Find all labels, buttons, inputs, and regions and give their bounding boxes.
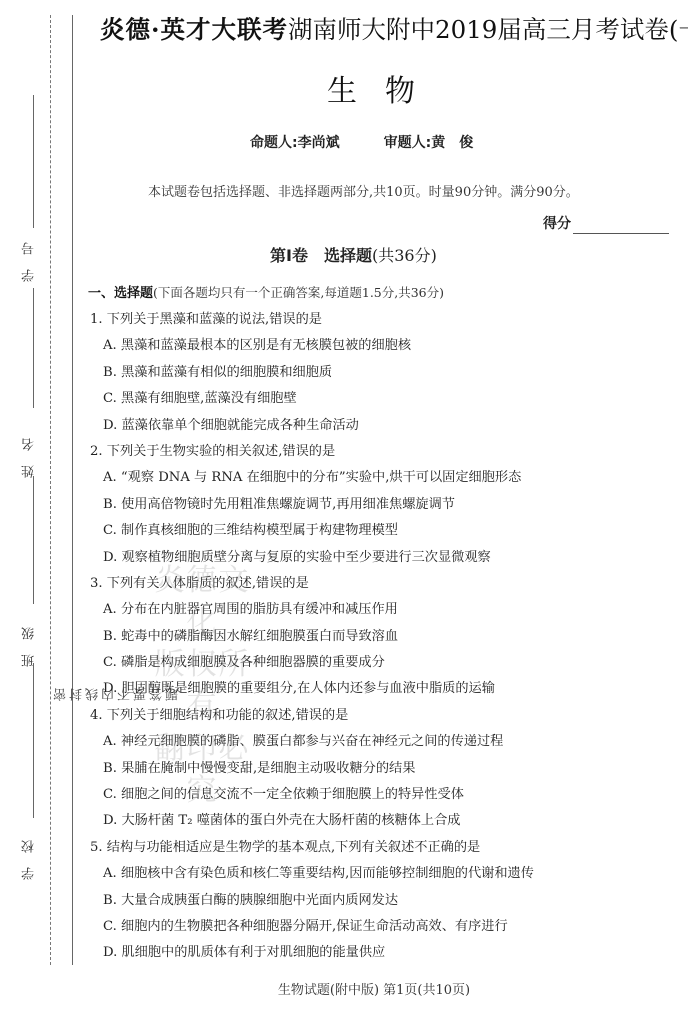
question-1: 1. 下列关于黑藻和蓝藻的说法,错误的是 A. 黑藻和蓝藻最根本的区别是有无核膜… xyxy=(88,307,678,439)
question-stem: 1. 下列关于黑藻和蓝藻的说法,错误的是 xyxy=(88,307,678,333)
question-stem: 5. 结构与功能相适应是生物学的基本观点,下列有关叙述不正确的是 xyxy=(88,835,678,861)
option-d: D. 胆固醇既是细胞膜的重要组分,在人体内还参与血液中脂质的运输 xyxy=(88,676,678,702)
option-d: D. 肌细胞中的肌质体有利于对肌细胞的能量供应 xyxy=(88,940,678,966)
name-field-line xyxy=(33,476,34,604)
part-heading: 一、选择题(下面各题均只有一个正确答案,每道题1.5分,共36分) xyxy=(88,283,678,303)
seal-warning-text: 密 封 线 内 不 要 答 题 xyxy=(54,290,70,722)
option-b: B. 蛇毒中的磷脂酶因水解红细胞膜蛋白而导致溶血 xyxy=(88,624,678,650)
option-c: C. 细胞之间的信息交流不一定全依赖于细胞膜上的特异性受体 xyxy=(88,782,678,808)
option-a: A. 细胞核中含有染色质和核仁等重要结构,因而能够控制细胞的代谢和遗传 xyxy=(88,861,678,887)
option-a: A. 神经元细胞膜的磷脂、膜蛋白都参与兴奋在神经元之间的传递过程 xyxy=(88,729,678,755)
class-field-line xyxy=(33,663,34,818)
option-b: B. 大量合成胰蛋白酶的胰腺细胞中光面内质网发达 xyxy=(88,888,678,914)
option-a: A. “观察 DNA 与 RNA 在细胞中的分布”实验中,烘干可以固定细胞形态 xyxy=(88,465,678,491)
option-c: C. 制作真核细胞的三维结构模型属于构建物理模型 xyxy=(88,518,678,544)
part-instruction: (下面各题均只有一个正确答案,每道题1.5分,共36分) xyxy=(153,285,444,300)
score-blank[interactable] xyxy=(573,220,669,234)
question-5: 5. 结构与功能相适应是生物学的基本观点,下列有关叙述不正确的是 A. 细胞核中… xyxy=(88,835,678,967)
name-field-line-top xyxy=(33,288,34,408)
seal-solid-line xyxy=(72,15,73,965)
option-d: D. 大肠杆菌 T₂ 噬菌体的蛋白外壳在大肠杆菌的核糖体上合成 xyxy=(88,808,678,834)
author-label: 命题人:李尚斌 xyxy=(250,135,340,151)
option-b: B. 使用高倍物镜时先用粗准焦螺旋调节,再用细准焦螺旋调节 xyxy=(88,492,678,518)
subject-title: 生物 xyxy=(325,72,445,112)
section-title-suffix: (共36分) xyxy=(372,246,437,265)
seal-dashed-line xyxy=(50,15,51,965)
section-title: 第Ⅰ卷 选择题(共36分) xyxy=(270,244,437,268)
student-id-label: 学号 xyxy=(22,226,38,282)
part-label: 一、选择题 xyxy=(88,286,153,301)
option-b: B. 果脯在腌制中慢慢变甜,是细胞主动吸收糖分的结果 xyxy=(88,756,678,782)
question-4: 4. 下列关于细胞结构和功能的叙述,错误的是 A. 神经元细胞膜的磷脂、膜蛋白都… xyxy=(88,703,678,835)
option-a: A. 黑藻和蓝藻最根本的区别是有无核膜包被的细胞核 xyxy=(88,333,678,359)
option-a: A. 分布在内脏器官周围的脂肪具有缓冲和减压作用 xyxy=(88,597,678,623)
page-footer: 生物试题(附中版) 第1页(共10页) xyxy=(0,982,688,1000)
exam-intro: 本试题卷包括选择题、非选择题两部分,共10页。时量90分钟。满分90分。 xyxy=(148,184,579,202)
option-c: C. 黑藻有细胞壁,蓝藻没有细胞壁 xyxy=(88,386,678,412)
option-b: B. 黑藻和蓝藻有相似的细胞膜和细胞质 xyxy=(88,360,678,386)
section-title-main: 第Ⅰ卷 选择题 xyxy=(270,246,372,265)
exam-title: 炎德·英才大联考湖南师大附中2019届高三月考试卷(一) xyxy=(100,14,688,46)
option-c: C. 磷脂是构成细胞膜及各种细胞器膜的重要成分 xyxy=(88,650,678,676)
question-stem: 2. 下列关于生物实验的相关叙述,错误的是 xyxy=(88,439,678,465)
score-label: 得分 xyxy=(543,216,571,232)
question-stem: 3. 下列有关人体脂质的叙述,错误的是 xyxy=(88,571,678,597)
question-stem: 4. 下列关于细胞结构和功能的叙述,错误的是 xyxy=(88,703,678,729)
option-c: C. 细胞内的生物膜把各种细胞器分隔开,保证生命活动高效、有序进行 xyxy=(88,914,678,940)
question-2: 2. 下列关于生物实验的相关叙述,错误的是 A. “观察 DNA 与 RNA 在… xyxy=(88,439,678,571)
question-3: 3. 下列有关人体脂质的叙述,错误的是 A. 分布在内脏器官周围的脂肪具有缓冲和… xyxy=(88,571,678,703)
name-label: 姓名 xyxy=(22,408,38,478)
student-id-field-line xyxy=(33,95,34,228)
class-label: 班级 xyxy=(22,597,38,667)
score-field: 得分 xyxy=(543,214,669,234)
authors-line: 命题人:李尚斌审题人:黄 俊 xyxy=(250,133,473,153)
option-d: D. 蓝藻依靠单个细胞就能完成各种生命活动 xyxy=(88,413,678,439)
seal-char: 封 xyxy=(70,668,86,722)
school-label: 学校 xyxy=(22,818,38,880)
reviewer-label: 审题人:黄 俊 xyxy=(384,135,474,151)
seal-char: 密 xyxy=(54,668,70,722)
exam-series-name: 炎德·英才大联考 xyxy=(100,15,288,44)
questions-area: 一、选择题(下面各题均只有一个正确答案,每道题1.5分,共36分) 1. 下列关… xyxy=(88,283,678,967)
option-d: D. 观察植物细胞质壁分离与复原的实验中至少要进行三次显微观察 xyxy=(88,545,678,571)
exam-school-name: 湖南师大附中2019届高三月考试卷(一) xyxy=(288,15,688,44)
